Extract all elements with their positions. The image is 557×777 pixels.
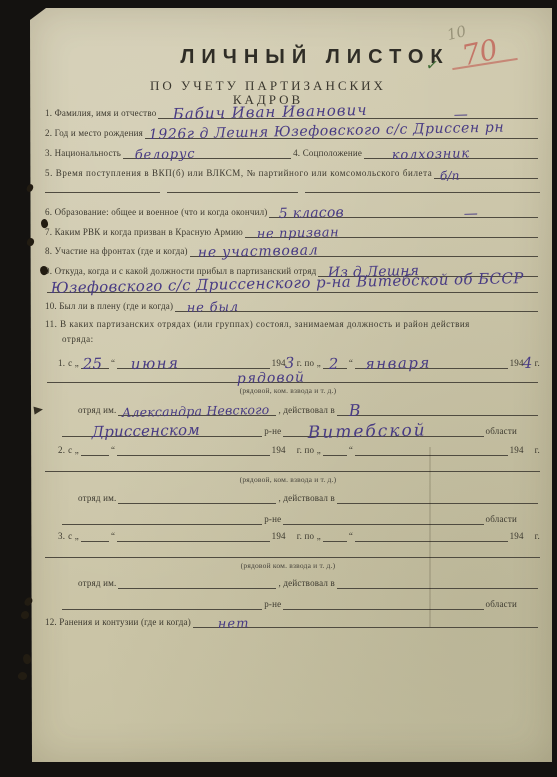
entry3-from-day-line [81, 526, 109, 542]
entry2-number: 2. [58, 445, 65, 456]
entry3-unit-label: отряд им. [78, 578, 116, 589]
entry1-acted-value: В [349, 403, 361, 419]
entry2-oblast-label: области [486, 514, 518, 525]
entry1-year1: 194 [272, 358, 286, 369]
entry3-number: 3. [58, 531, 65, 542]
entry1-from-month: июня [131, 356, 180, 372]
entry2-g: г. [535, 445, 540, 456]
entry2-unit-row: отряд им. , действовал в [78, 488, 540, 504]
entry2-to-day-line [323, 440, 347, 456]
field-surname-label: 1. Фамилия, имя и отчество [45, 108, 156, 119]
divider-segment [167, 192, 298, 193]
entry3-quote: “ [111, 531, 115, 542]
entry1-rne-label: р-не [264, 426, 281, 437]
field-captivity-label: 10. Был ли в плену (где и когда) [45, 301, 173, 312]
ink-blot-arrow [33, 405, 43, 414]
field-conscription: 7. Каким РВК и когда призван в Красную А… [45, 222, 540, 238]
entry3-role-line [45, 557, 540, 558]
fold-crease [429, 447, 431, 627]
entry2-year2-gap [524, 440, 535, 456]
field-origin-line2: Юзефовского с/с Дриссенского р-на Витебс… [45, 277, 540, 293]
entry3-gpo: г. по „ [297, 531, 321, 542]
entry1-role-line: рядовой [47, 371, 538, 383]
entry1-to-month-line: января [355, 352, 507, 369]
field-education-line: 5 класов — [269, 202, 538, 218]
entry1-from-year-digit: 3 [284, 356, 294, 371]
entry1-district-line: Дриссенском [62, 421, 262, 437]
entry3-district-row: р-не области [60, 594, 517, 610]
field-fronts-label: 8. Участие на фронтах (где и когда) [45, 246, 188, 257]
entry3-unit-line [118, 573, 276, 589]
entry1-gpo: г. по „ [297, 358, 321, 369]
entry1-year2-gap: 4 [524, 352, 535, 369]
entry1-to-day-line: 2 [323, 352, 347, 369]
field-birth-line: 1926г д Лешня Юзефовского с/с Дриссен рн [145, 123, 538, 139]
entry3-acted-label: , действовал в [278, 578, 335, 589]
field-nationality-social: 3. Национальность белорус 4. Соцположени… [45, 143, 540, 159]
scanned-document: ЛИЧНЫЙ ЛИСТОК ✓ ПО УЧЕТУ ПАРТИЗАНСКИХ КА… [0, 0, 557, 777]
entry1-role-caption: (рядовой, ком. взвода и т. д.) [208, 386, 368, 395]
entry2-quote: “ [111, 445, 115, 456]
field-surname: 1. Фамилия, имя и отчество Бабич Иван Ив… [45, 103, 540, 119]
entry1-region-line: Витебской [283, 421, 483, 437]
paper-hole [17, 671, 28, 681]
field-birth: 2. Год и место рождения 1926г д Лешня Юз… [45, 123, 540, 139]
field-party-value: б/п [440, 170, 460, 182]
entry3-g: г. [535, 531, 540, 542]
entry2-acted-label: , действовал в [278, 493, 335, 504]
field-wounds-label: 12. Ранения и контузии (где и когда) [45, 617, 191, 628]
entry1-acted-line: В [337, 400, 538, 416]
field-party: 5. Время поступления в ВКП(б) или ВЛКСМ,… [45, 163, 540, 179]
field-fronts: 8. Участие на фронтах (где и когда) не у… [45, 241, 540, 257]
field-education-label: 6. Образование: общее и военное (что и к… [45, 207, 267, 218]
entry2-quote2: “ [349, 445, 353, 456]
entry2-region-line [283, 509, 483, 525]
entry2-from-day-line [81, 440, 109, 456]
field-birth-value: 1926г д Лешня Юзефовского с/с Дриссен рн [149, 121, 505, 142]
entry1-to-day: 2 [329, 357, 339, 372]
field-surname-line: Бабич Иван Иванович — [158, 103, 538, 119]
entry1-from-prefix: с „ [68, 358, 79, 369]
entry1-from-day: 25 [83, 357, 103, 372]
entry1-year2: 194 [510, 358, 524, 369]
field-conscription-label: 7. Каким РВК и когда призван в Красную А… [45, 227, 243, 238]
entry1-year1-gap: 3 [286, 352, 297, 369]
entry1-unit-value: Александра Невского [122, 403, 270, 419]
entry3-unit-row: отряд им. , действовал в [78, 573, 540, 589]
entry1-g: г. [535, 358, 540, 369]
entry1-district-value: Дриссенском [92, 423, 200, 440]
field-wounds-value: нет [218, 617, 250, 631]
entry1-dates: 1. с „ 25 “ июня 194 3 г. по „ 2 “ январ… [58, 352, 540, 369]
entry1-to-year-digit: 4 [522, 356, 532, 371]
field-social-label: 4. Соцположение [293, 148, 362, 159]
entry2-dates: 2. с „ “ 194 г. по „ “ 194 г. [58, 440, 540, 456]
entry3-year2-gap [524, 526, 535, 542]
entry1-to-month: января [365, 356, 431, 372]
field-social-value: колхозник [392, 147, 470, 162]
entry2-district-line [62, 509, 262, 525]
entry1-role: рядовой [237, 371, 305, 386]
field-party-label: 5. Время поступления в ВКП(б) или ВЛКСМ,… [45, 168, 432, 179]
field-origin-line2-rule: Юзефовского с/с Дриссенского р-на Витебс… [47, 277, 538, 293]
entry3-region-line [283, 594, 483, 610]
field-units-label2: отряда: [62, 334, 94, 345]
entry3-year1-gap [286, 526, 297, 542]
entry1-unit-label: отряд им. [78, 405, 116, 416]
field-wounds: 12. Ранения и контузии (где и когда) нет [45, 612, 540, 628]
entry1-quote: “ [111, 358, 115, 369]
field-captivity-value: не был [187, 301, 239, 315]
field-education: 6. Образование: общее и военное (что и к… [45, 202, 540, 218]
entry3-to-month-line [355, 526, 507, 542]
entry2-year1-gap [286, 440, 297, 456]
green-checkmark-icon: ✓ [425, 55, 440, 75]
field-nationality-label: 3. Национальность [45, 148, 121, 159]
paper-hole [22, 653, 33, 665]
field-birth-label: 2. Год и место рождения [45, 128, 143, 139]
entry2-rne-label: р-не [264, 514, 281, 525]
entry3-from-month-line [117, 526, 269, 542]
entry2-year2: 194 [510, 445, 524, 456]
entry1-acted-label: , действовал в [278, 405, 335, 416]
entry1-unit-line: Александра Невского [118, 400, 276, 416]
entry1-from-day-line: 25 [81, 352, 109, 369]
field-conscription-value: не призван [257, 226, 340, 241]
field-education-dash: — [464, 207, 478, 221]
entry3-acted-line [337, 573, 538, 589]
entry3-from-prefix: с „ [68, 531, 79, 542]
entry1-district-row: Дриссенском р-не Витебской области [60, 421, 517, 437]
entry2-district-row: р-не области [60, 509, 517, 525]
entry3-quote2: “ [349, 531, 353, 542]
field-nationality-value: белорус [135, 148, 196, 162]
entry2-gpo: г. по „ [297, 445, 321, 456]
entry3-year1: 194 [272, 531, 286, 542]
field-fronts-line: не участвовал [190, 241, 538, 257]
entry2-year1: 194 [272, 445, 286, 456]
field-nationality-line: белорус [123, 143, 291, 159]
entry2-unit-line [118, 488, 276, 504]
entry1-number: 1. [58, 358, 65, 369]
entry1-from-month-line: июня [117, 352, 269, 369]
entry3-dates: 3. с „ “ 194 г. по „ “ 194 г. [58, 526, 540, 542]
entry2-from-prefix: с „ [68, 445, 79, 456]
field-captivity: 10. Был ли в плену (где и когда) не был [45, 296, 540, 312]
entry1-quote2: “ [349, 358, 353, 369]
field-conscription-line: не призван [245, 222, 538, 238]
field-fronts-value: не участвовал [197, 243, 318, 260]
field-surname-value: Бабич Иван Иванович [173, 103, 368, 122]
entry3-rne-label: р-не [264, 599, 281, 610]
entry2-unit-label: отряд им. [78, 493, 116, 504]
entry2-acted-line [337, 488, 538, 504]
entry2-to-month-line [355, 440, 507, 456]
field-education-value: 5 класов [279, 206, 344, 221]
field-social-line: колхозник [364, 143, 538, 159]
page-title: ЛИЧНЫЙ ЛИСТОК [165, 46, 465, 68]
field-units-label: 11. В каких партизанских отрядах (или гр… [45, 319, 540, 330]
field-party-line: б/п [434, 163, 538, 179]
entry1-oblast-label: области [486, 426, 518, 437]
divider-segment [45, 192, 160, 193]
entry3-district-line [62, 594, 262, 610]
entry2-from-month-line [117, 440, 269, 456]
entry3-year2: 194 [510, 531, 524, 542]
entry2-role-caption: (рядовой, ком. взвода и т. д.) [208, 475, 368, 484]
field-captivity-line: не был [175, 296, 538, 312]
entry2-role-line [45, 471, 540, 472]
entry1-unit-row: отряд им. Александра Невского , действов… [78, 400, 540, 416]
divider-segment [305, 192, 540, 193]
entry3-role-caption: (рядовой ком. взвода и т. д.) [208, 561, 368, 570]
field-wounds-line: нет [193, 612, 538, 628]
entry1-role-row: рядовой [45, 371, 540, 383]
entry3-to-day-line [323, 526, 347, 542]
entry3-oblast-label: области [486, 599, 518, 610]
paper-hole [21, 611, 29, 619]
